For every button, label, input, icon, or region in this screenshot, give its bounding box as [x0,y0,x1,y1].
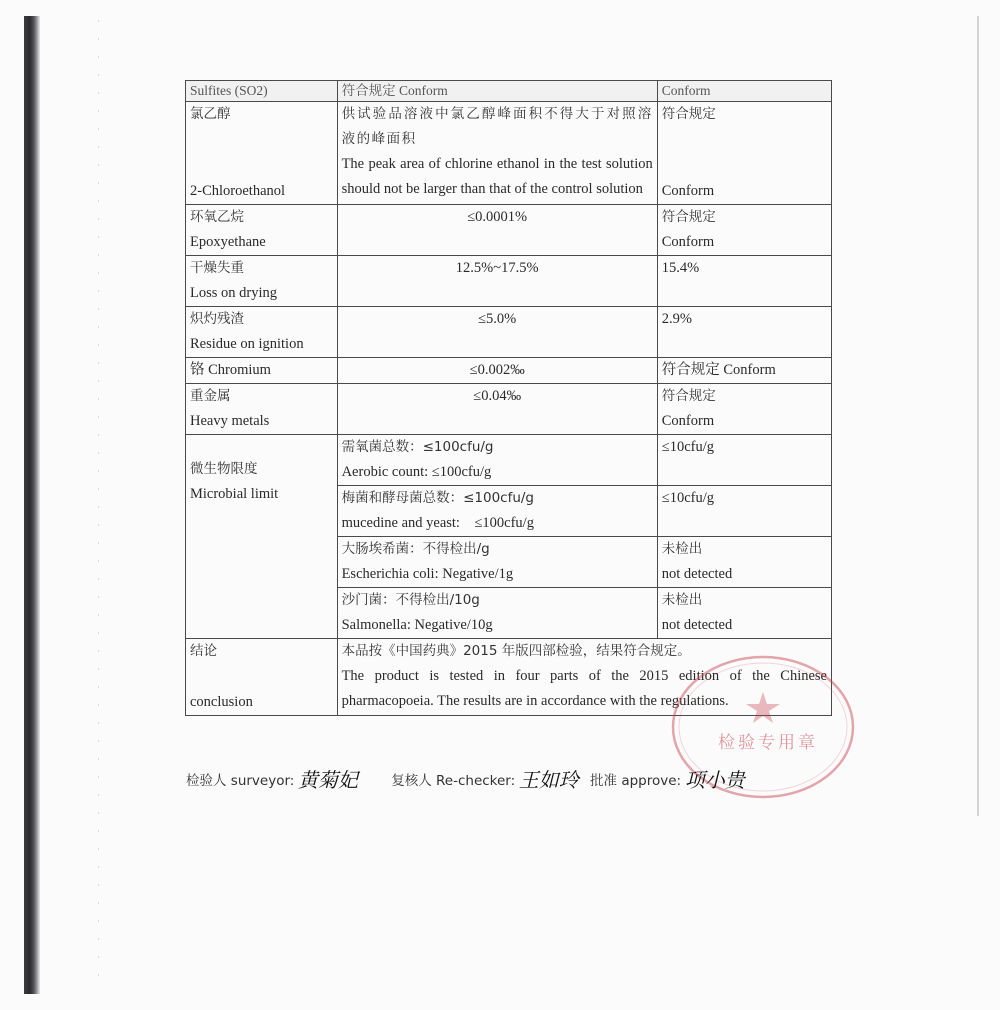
standard-en: The peak area of chlorine ethanol in the… [342,152,653,202]
item-cn: 微生物限度 [190,457,333,482]
standard-cell: 供试验品溶液中氯乙醇峰面积不得大于对照溶液的峰面积 The peak area … [337,102,657,205]
standard-cell: 需氧菌总数：≤100cfu/g Aerobic count: ≤100cfu/g [337,435,657,486]
item-cn: 环氧乙烷 [190,205,333,230]
item-cell: 重金属 Heavy metals [186,384,338,435]
result-en: not detected [662,562,827,587]
item-cell: 铬 Chromium [186,358,338,384]
conclusion-label-cn: 结论 [190,639,333,664]
item-cell: 干燥失重 Loss on drying [186,256,338,307]
conclusion-text-en: The product is tested in four parts of t… [342,664,827,714]
result-en: Conform [662,409,827,434]
scan-edge-shadow [24,16,40,994]
result-cn: 符合规定 [662,102,827,127]
rechecker-label: 复核人 Re-checker: [391,769,515,789]
result-cell: 未检出 not detected [657,537,831,588]
table-row-microbial-aerobic: 微生物限度 Microbial limit 需氧菌总数：≤100cfu/g Ae… [186,435,832,486]
conclusion-text-cn: 本品按《中国药典》2015 年版四部检验，结果符合规定。 [342,639,827,664]
result-cn: 未检出 [662,588,827,613]
standard-cell: ≤0.002‰ [337,358,657,384]
standard-en: Salmonella: Negative/10g [342,613,653,638]
standard-cell: 梅菌和酵母菌总数：≤100cfu/g mucedine and yeast: ≤… [337,486,657,537]
item-en: Microbial limit [190,482,333,507]
signature-row: 检验人 surveyor: 黄菊妃 复核人 Re-checker: 王如玲 批准… [186,764,745,793]
item-cell: 炽灼残渣 Residue on ignition [186,307,338,358]
item-en: 2-Chloroethanol [190,179,333,204]
microbial-item-cell: 微生物限度 Microbial limit [186,435,338,639]
standard-en: Aerobic count: ≤100cfu/g [342,460,653,485]
standard-cell: ≤0.0001% [337,205,657,256]
result-en: not detected [662,613,827,638]
table-row-epoxyethane: 环氧乙烷 Epoxyethane ≤0.0001% 符合规定 Conform [186,205,832,256]
table-row-loss-on-drying: 干燥失重 Loss on drying 12.5%~17.5% 15.4% [186,256,832,307]
conclusion-text-cell: 本品按《中国药典》2015 年版四部检验，结果符合规定。 The product… [337,639,831,716]
table-row-conclusion: 结论 conclusion 本品按《中国药典》2015 年版四部检验，结果符合规… [186,639,832,716]
conclusion-label-en: conclusion [190,690,333,715]
table-row-heavy-metals: 重金属 Heavy metals ≤0.04‰ 符合规定 Conform [186,384,832,435]
approve-label: 批准 approve: [590,769,681,789]
approve-signature: 项小贵 [685,764,745,793]
surveyor-label: 检验人 surveyor: [186,769,294,789]
standard-cn: 需氧菌总数：≤100cfu/g [342,435,653,460]
standard-cell: ≤0.04‰ [337,384,657,435]
result-cn: 未检出 [662,537,827,562]
standard-cell: 12.5%~17.5% [337,256,657,307]
standard-cell-faded: 符合规定 Conform [337,81,657,102]
result-en: Conform [662,230,827,255]
standard-cn: 沙门菌：不得检出/10g [342,588,653,613]
item-cn: 干燥失重 [190,256,333,281]
table-row-sulfites: Sulfites (SO2) 符合规定 Conform Conform [186,81,832,102]
item-cn: 炽灼残渣 [190,307,333,332]
item-en: Epoxyethane [190,230,333,255]
result-cell: 符合规定 Conform [657,384,831,435]
item-cn: 重金属 [190,384,333,409]
standard-cell: ≤5.0% [337,307,657,358]
conclusion-label-cell: 结论 conclusion [186,639,338,716]
surveyor-signature: 黄菊妃 [298,764,358,793]
table-row-chloroethanol: 氯乙醇 2-Chloroethanol 供试验品溶液中氯乙醇峰面积不得大于对照溶… [186,102,832,205]
scan-artifact-dots [98,20,99,980]
result-cn: 符合规定 [662,205,827,230]
rechecker-signature: 王如玲 [519,764,579,793]
item-cell: 环氧乙烷 Epoxyethane [186,205,338,256]
result-cell: 符合规定 Conform [657,102,831,205]
item-cell: Sulfites (SO2) [186,81,338,102]
result-en: Conform [662,179,827,204]
result-cn: 符合规定 [662,384,827,409]
result-cell: Conform [657,81,831,102]
item-cn: 氯乙醇 [190,102,333,127]
test-report-table: Sulfites (SO2) 符合规定 Conform Conform 氯乙醇 … [185,80,832,716]
result-cell: 2.9% [657,307,831,358]
result-cell: 15.4% [657,256,831,307]
standard-en: mucedine and yeast: ≤100cfu/g [342,511,653,536]
result-cell: 符合规定 Conform [657,358,831,384]
standard-cn: 供试验品溶液中氯乙醇峰面积不得大于对照溶液的峰面积 [342,102,653,152]
standard-cell: 沙门菌：不得检出/10g Salmonella: Negative/10g [337,588,657,639]
standard-cn: 梅菌和酵母菌总数：≤100cfu/g [342,486,653,511]
item-en: Residue on ignition [190,332,333,357]
item-cell: 氯乙醇 2-Chloroethanol [186,102,338,205]
page-right-edge [977,16,979,816]
table-row-residue-on-ignition: 炽灼残渣 Residue on ignition ≤5.0% 2.9% [186,307,832,358]
result-cell: 未检出 not detected [657,588,831,639]
item-en: Loss on drying [190,281,333,306]
result-cell: ≤10cfu/g [657,486,831,537]
result-cell: 符合规定 Conform [657,205,831,256]
table-row-chromium: 铬 Chromium ≤0.002‰ 符合规定 Conform [186,358,832,384]
result-cell: ≤10cfu/g [657,435,831,486]
standard-cn: 大肠埃希菌：不得检出/g [342,537,653,562]
item-en: Heavy metals [190,409,333,434]
seal-text: 检验专用章 [718,728,818,753]
standard-cell: 大肠埃希菌：不得检出/g Escherichia coli: Negative/… [337,537,657,588]
standard-en: Escherichia coli: Negative/1g [342,562,653,587]
